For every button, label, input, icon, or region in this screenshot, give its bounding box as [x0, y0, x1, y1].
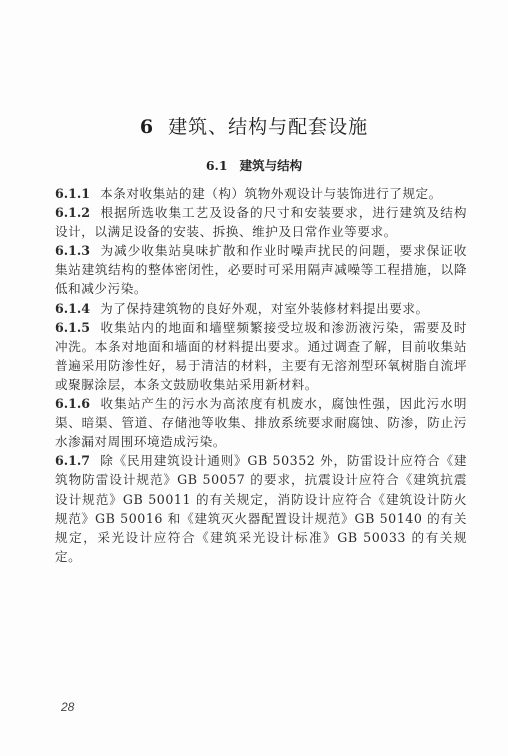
clause-text: 本条对收集站的建（构）筑物外观设计与装饰进行了规定。: [100, 186, 442, 201]
clause-text: 为了保持建筑物的良好外观，对室外装修材料提出要求。: [100, 301, 429, 316]
clause-text: 根据所选收集工艺及设备的尺寸和安装要求，进行建筑及结构设计，以满足设备的安装、拆…: [55, 205, 467, 239]
clause-text: 除《民用建筑设计通则》GB 50352 外，防雷设计应符合《建筑物防雷设计规范》…: [55, 453, 467, 563]
clause-text: 收集站内的地面和墙壁频繁接受垃圾和渗沥液污染，需要及时冲洗。本条对地面和墙面的材…: [55, 320, 467, 392]
section-number: 6.1: [206, 158, 228, 173]
clause-number: 6.1.4: [55, 301, 90, 316]
clause-list: 6.1.1本条对收集站的建（构）筑物外观设计与装饰进行了规定。 6.1.2根据所…: [55, 184, 467, 566]
chapter-number: 6: [140, 116, 154, 138]
clause-6-1-1: 6.1.1本条对收集站的建（构）筑物外观设计与装饰进行了规定。: [55, 184, 467, 203]
clause-6-1-4: 6.1.4为了保持建筑物的良好外观，对室外装修材料提出要求。: [55, 299, 467, 318]
chapter-title: 6建筑、结构与配套设施: [0, 112, 508, 139]
clause-text: 为减少收集站臭味扩散和作业时噪声扰民的问题，要求保证收集站建筑结构的整体密闭性，…: [55, 243, 467, 296]
clause-number: 6.1.2: [55, 205, 90, 220]
clause-6-1-7: 6.1.7除《民用建筑设计通则》GB 50352 外，防雷设计应符合《建筑物防雷…: [55, 451, 467, 566]
chapter-title-text: 建筑、结构与配套设施: [168, 116, 368, 138]
clause-text: 收集站产生的污水为高浓度有机废水，腐蚀性强，因此污水明渠、暗渠、管道、存储池等收…: [55, 396, 467, 449]
clause-6-1-6: 6.1.6收集站产生的污水为高浓度有机废水，腐蚀性强，因此污水明渠、暗渠、管道、…: [55, 394, 467, 451]
section-title: 6.1建筑与结构: [0, 156, 508, 174]
clause-number: 6.1.3: [55, 243, 90, 258]
clause-number: 6.1.5: [55, 320, 90, 335]
section-title-text: 建筑与结构: [240, 158, 303, 173]
clause-number: 6.1.1: [55, 186, 90, 201]
page-number: 28: [61, 700, 74, 714]
clause-6-1-5: 6.1.5收集站内的地面和墙壁频繁接受垃圾和渗沥液污染，需要及时冲洗。本条对地面…: [55, 318, 467, 394]
clause-6-1-3: 6.1.3为减少收集站臭味扩散和作业时噪声扰民的问题，要求保证收集站建筑结构的整…: [55, 241, 467, 298]
clause-number: 6.1.6: [55, 396, 90, 411]
clause-6-1-2: 6.1.2根据所选收集工艺及设备的尺寸和安装要求，进行建筑及结构设计，以满足设备…: [55, 203, 467, 241]
clause-number: 6.1.7: [55, 453, 90, 468]
document-page: 6建筑、结构与配套设施 6.1建筑与结构 6.1.1本条对收集站的建（构）筑物外…: [0, 0, 508, 756]
